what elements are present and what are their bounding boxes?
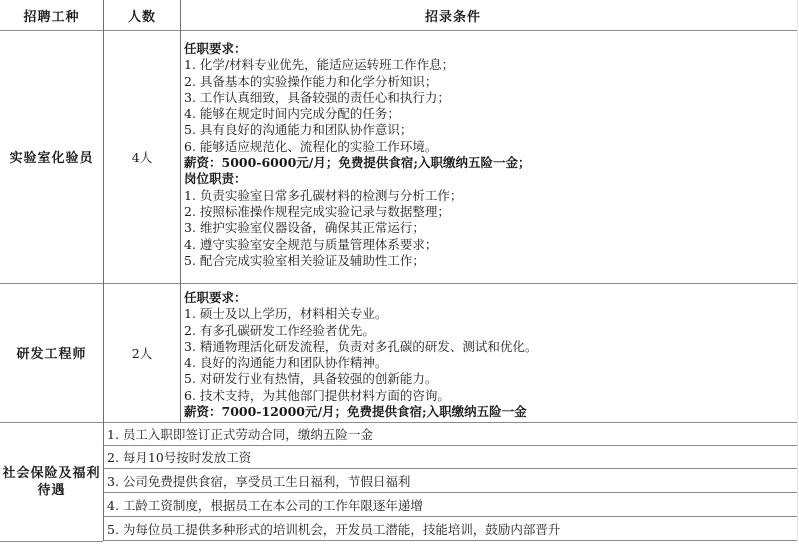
header-job-type: 招聘工种 <box>0 0 103 30</box>
requirement-item: 2. 有多孔碳研发工作经验者优先。 <box>184 323 797 339</box>
requirements-heading: 任职要求： <box>184 290 797 306</box>
requirement-item: 5. 具有良好的沟通能力和团队协作意识； <box>184 122 797 138</box>
welfare-item: 4. 工龄工资制度，根据员工在本公司的工作年限逐年递增 <box>103 493 797 517</box>
salary-line: 薪资：5000-6000元/月；免费提供食宿;入职缴纳五险一金； <box>184 155 797 171</box>
requirement-item: 6. 能够适应规范化、流程化的实验工作环境。 <box>184 139 797 155</box>
duty-item: 3. 维护实验室仪器设备，确保其正常运行； <box>184 220 797 236</box>
requirement-item: 5. 对研发行业有热情，具备较强的创新能力。 <box>184 371 797 387</box>
welfare-item: 1. 员工入职即签订正式劳动合同，缴纳五险一金 <box>103 422 797 446</box>
requirement-item: 1. 化学/材料专业优先，能适应运转班工作作息； <box>184 57 797 73</box>
job-row-rd-engineer: 研发工程师 2人 任职要求： 1. 硕士及以上学历，材料相关专业。 2. 有多孔… <box>0 283 797 423</box>
duty-item: 5. 配合完成实验室相关验证及辅助性工作； <box>184 253 797 269</box>
requirement-item: 1. 硕士及以上学历，材料相关专业。 <box>184 306 797 322</box>
recruitment-table: 招聘工种 人数 招录条件 实验室化验员 4人 任职要求： 1. 化学/材料专业优… <box>0 0 798 541</box>
duty-item: 1. 负责实验室日常多孔碳材料的检测与分析工作； <box>184 188 797 204</box>
job-headcount: 2人 <box>103 283 180 422</box>
welfare-title-line1: 社会保险及福利 <box>2 465 100 482</box>
header-row: 招聘工种 人数 招录条件 <box>0 0 797 31</box>
requirements-heading: 任职要求： <box>184 41 797 57</box>
header-requirements-label: 招录条件 <box>425 6 481 25</box>
salary-line: 薪资：7000-12000元/月；免费提供食宿;入职缴纳五险一金 <box>184 404 797 420</box>
header-headcount: 人数 <box>103 0 180 30</box>
job-headcount: 4人 <box>103 30 180 283</box>
welfare-title-line2: 待遇 <box>2 482 100 499</box>
requirement-item: 4. 能够在规定时间内完成分配的任务； <box>184 106 797 122</box>
header-requirements: 招录条件 <box>180 0 797 30</box>
requirement-item: 3. 工作认真细致，具备较强的责任心和执行力； <box>184 90 797 106</box>
welfare-item: 5. 为每位员工提供多种形式的培训机会，开发员工潜能，技能培训，鼓励内部晋升 <box>103 517 797 541</box>
requirement-item: 2. 具备基本的实验操作能力和化学分析知识； <box>184 74 797 90</box>
duties-heading: 岗位职责： <box>184 171 797 187</box>
job-row-lab-technician: 实验室化验员 4人 任职要求： 1. 化学/材料专业优先，能适应运转班工作作息；… <box>0 30 797 284</box>
job-title: 实验室化验员 <box>0 30 103 283</box>
requirement-item: 4. 良好的沟通能力和团队协作精神。 <box>184 355 797 371</box>
welfare-title: 社会保险及福利 待遇 <box>0 422 103 542</box>
job-requirements: 任职要求： 1. 硕士及以上学历，材料相关专业。 2. 有多孔碳研发工作经验者优… <box>180 283 797 422</box>
requirement-item: 3. 精通物理活化研发流程，负责对多孔碳的研发、测试和优化。 <box>184 339 797 355</box>
duty-item: 2. 按照标准操作规程完成实验记录与数据整理； <box>184 204 797 220</box>
welfare-item: 2. 每月10号按时发放工资 <box>103 446 797 469</box>
requirement-item: 6. 技术支持，为其他部门提供材料方面的咨询。 <box>184 388 797 404</box>
job-requirements: 任职要求： 1. 化学/材料专业优先，能适应运转班工作作息； 2. 具备基本的实… <box>180 30 797 283</box>
welfare-item: 3. 公司免费提供食宿，享受员工生日福利，节假日福利 <box>103 469 797 493</box>
job-title: 研发工程师 <box>0 283 103 422</box>
duty-item: 4. 遵守实验室安全规范与质量管理体系要求； <box>184 237 797 253</box>
